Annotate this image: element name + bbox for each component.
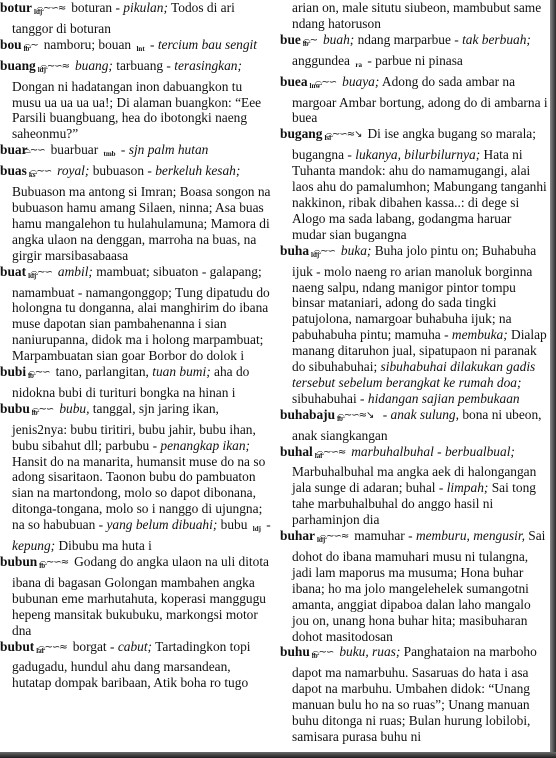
batak-script-glyph-icon: ⌓~∽ [326, 75, 336, 91]
dictionary-entry: buhaldj⌓~∽buka; Buha jolo pintu on; Buha… [280, 243, 548, 407]
dialect-label: ra [355, 61, 362, 69]
entry-text: bubu [217, 517, 250, 532]
headword: buhar [280, 528, 315, 543]
dictionary-entry: buangldj⌓~∽≈buang; tarbuang - terasingka… [0, 58, 272, 143]
dictionary-entry: bubulb⌓~∽bubu, tanggal, sjn jaring ikan,… [0, 401, 272, 554]
headword: buhal [280, 444, 313, 459]
headword: bubi [0, 364, 26, 379]
headword: buhabaju [280, 407, 335, 422]
dictionary-entry: boturldj⌓~∽≈boturan - pikulan; Todos di … [0, 0, 272, 37]
batak-script-glyph-icon: ⌓~∽≈↘ [349, 408, 373, 424]
entry-text: tano, parlangitan, [56, 364, 153, 379]
entry-text: anggundea [292, 53, 353, 68]
batak-script-glyph-icon: ⌓~∽ [324, 645, 334, 661]
headword: bubu [0, 401, 30, 416]
entry-text: tarbuang - [113, 58, 174, 73]
entry-text: borgat - [73, 639, 118, 654]
dialect-label: lnt [136, 45, 144, 53]
indonesian-gloss: tuan bumi; [152, 364, 210, 379]
indonesian-gloss: marbuhalbuhal - [351, 444, 441, 459]
batak-script-glyph-icon: ⌓~∽≈ [328, 445, 345, 461]
headword: bue [280, 32, 301, 47]
indonesian-gloss: membuka; [452, 327, 508, 342]
indonesian-gloss: berkeluh kesah; [155, 163, 240, 178]
headword: bubun [0, 554, 37, 569]
entry-text: Dongan ni hadatangan inon dabuangkon tu … [12, 79, 261, 142]
indonesian-gloss: lukanya, bilurbilurnya; [355, 147, 480, 162]
batak-script-glyph-icon: ⌓~∽≈ [51, 555, 68, 571]
dictionary-entry: bubilb⌓~∽tano, parlangitan, tuan bumi; a… [0, 364, 272, 401]
entry-text: Bubuason ma antong si Imran; Boasa songo… [12, 184, 270, 263]
batak-script-glyph-icon: ⌓~∽ [41, 164, 51, 180]
dialect-label: tmb [104, 150, 116, 158]
dictionary-entry: buealnw⌓~∽buaya; Adong do sada ambar na … [280, 74, 548, 127]
batak-script-glyph-icon: ⌓~∽≈ [48, 1, 65, 17]
indonesian-gloss: sjn palm hutan [129, 142, 209, 157]
indonesian-gloss: tak berbuah; [462, 32, 531, 47]
entry-text: - parbue ni pinasa [364, 53, 463, 68]
batak-script-glyph-icon: ⌓~∽ [42, 265, 52, 281]
indonesian-gloss: penangkap ikan; [160, 438, 250, 453]
batak-script-glyph-icon: ⌓~∽≈ [50, 640, 67, 656]
headword: buea [280, 74, 308, 89]
dictionary-entry: buatldj⌓~∽ambil; mambuat; sibuaton - gal… [0, 264, 272, 364]
indonesian-gloss: limpah; [447, 480, 489, 495]
batak-script-glyph-icon: ⌓~∽≈ [52, 59, 69, 75]
left-column: boturldj⌓~∽≈boturan - pikulan; Todos di … [0, 0, 272, 691]
entry-continuation: arian on, male situtu siubeon, mambubut … [280, 0, 548, 32]
entry-text: namboru; bouan [44, 37, 135, 52]
indonesian-gloss: buku, ruas; [339, 644, 400, 659]
dictionary-entry: buasks⌓~∽royal; bubuason - berkeluh kesa… [0, 163, 272, 263]
indonesian-gloss: yang belum dibuahi; [106, 517, 217, 532]
indonesian-gloss: memburu, mengusir, [416, 528, 525, 543]
indonesian-gloss: buang; [75, 58, 113, 73]
dictionary-entry: buhallal⌓~∽≈marbuhalbuhal - berbualbual;… [280, 444, 548, 529]
entry-text: - [118, 142, 129, 157]
dictionary-entry: buhabajulb⌓~∽≈↘ - anak sulung, bona ni u… [280, 407, 548, 444]
indonesian-gloss: tercium bau sengit [158, 37, 257, 52]
entry-text: bubuason - [89, 163, 155, 178]
indonesian-gloss: buah; [323, 32, 354, 47]
headword: bugang [280, 126, 322, 141]
dictionary-page: boturldj⌓~∽≈boturan - pikulan; Todos di … [0, 0, 550, 752]
entry-text: arian on, male situtu siubeon, mambubut … [292, 0, 541, 31]
entry-text: Dibubu ma huta i [55, 538, 152, 553]
headword: buas [0, 163, 27, 178]
page-shadow-right [550, 0, 556, 758]
entry-text: mamuhar - [354, 528, 416, 543]
indonesian-gloss: hidangan sajian pembukaan [368, 391, 520, 406]
indonesian-gloss: buaya; [342, 74, 379, 89]
dictionary-entry: buharldj⌓~∽≈mamuhar - memburu, mengusir,… [280, 528, 548, 644]
dialect-label: ldj [253, 525, 261, 533]
entry-text: boturan - [71, 0, 123, 15]
page-shadow-bottom [0, 752, 556, 758]
headword: buat [0, 264, 26, 279]
batak-script-glyph-icon: ⌓~∽ [40, 365, 50, 381]
indonesian-gloss: ambil; [58, 264, 93, 279]
dictionary-entry: bubutlal⌓~∽≈borgat - cabut; Tartadingkon… [0, 639, 272, 692]
indonesian-gloss: royal; [57, 163, 89, 178]
indonesian-gloss: bubu, [59, 401, 89, 416]
entry-text: - [263, 517, 271, 532]
batak-script-glyph-icon: ⌓~ [315, 33, 317, 49]
dictionary-entry: buhulb⌓~∽buku, ruas; Panghataion na marb… [280, 644, 548, 744]
entry-text: Sai dohot do ibana mamuhari musu ni tula… [292, 528, 545, 643]
batak-script-glyph-icon: ⌓~∽ [44, 402, 54, 418]
dictionary-entry: buganglsl⌓~∽≈↘Di ise angka bugang so mar… [280, 126, 548, 242]
indonesian-gloss: cabut; [118, 639, 152, 654]
indonesian-gloss: pikulan; [123, 0, 168, 15]
indonesian-gloss: berbualbual; [445, 444, 515, 459]
batak-script-glyph-icon: ⌓~∽ [325, 244, 335, 260]
entry-text: ndang marparbue - [354, 32, 462, 47]
indonesian-gloss: kepung; [12, 538, 55, 553]
headword: bubut [0, 639, 34, 654]
dictionary-entry: bubunlb⌓~∽≈Godang do angka ulaon na uli … [0, 554, 272, 639]
indonesian-gloss: buka; [341, 243, 372, 258]
headword: bou [0, 37, 22, 52]
entry-text: - [147, 37, 158, 52]
batak-script-glyph-icon: ⌓~∽≈ [331, 529, 348, 545]
batak-script-glyph-icon: ⌓~∽≈↘ [337, 127, 361, 143]
dictionary-entry: buar ⌓~∽buarbuar tmb - sjn palm hutan [0, 142, 272, 163]
dictionary-entry: boulb⌓~namboru; bouan lnt - tercium bau … [0, 37, 272, 58]
entry-text: sibuhabuhai - [292, 391, 368, 406]
entry-text: buarbuar [51, 142, 102, 157]
headword: buang [0, 58, 36, 73]
batak-script-glyph-icon: ⌓~ [35, 38, 37, 54]
headword: buhu [280, 644, 310, 659]
headword: buha [280, 243, 309, 258]
indonesian-gloss: anak sulung, [391, 407, 459, 422]
indonesian-gloss: terasingkan; [174, 58, 242, 73]
entry-text: - [379, 407, 390, 422]
dictionary-entry: buelb⌓~buah; ndang marparbue - tak berbu… [280, 32, 548, 74]
right-column: arian on, male situtu siubeon, mambubut … [280, 0, 548, 745]
batak-script-glyph-icon: ⌓~∽ [35, 143, 45, 159]
headword: botur [0, 0, 32, 15]
